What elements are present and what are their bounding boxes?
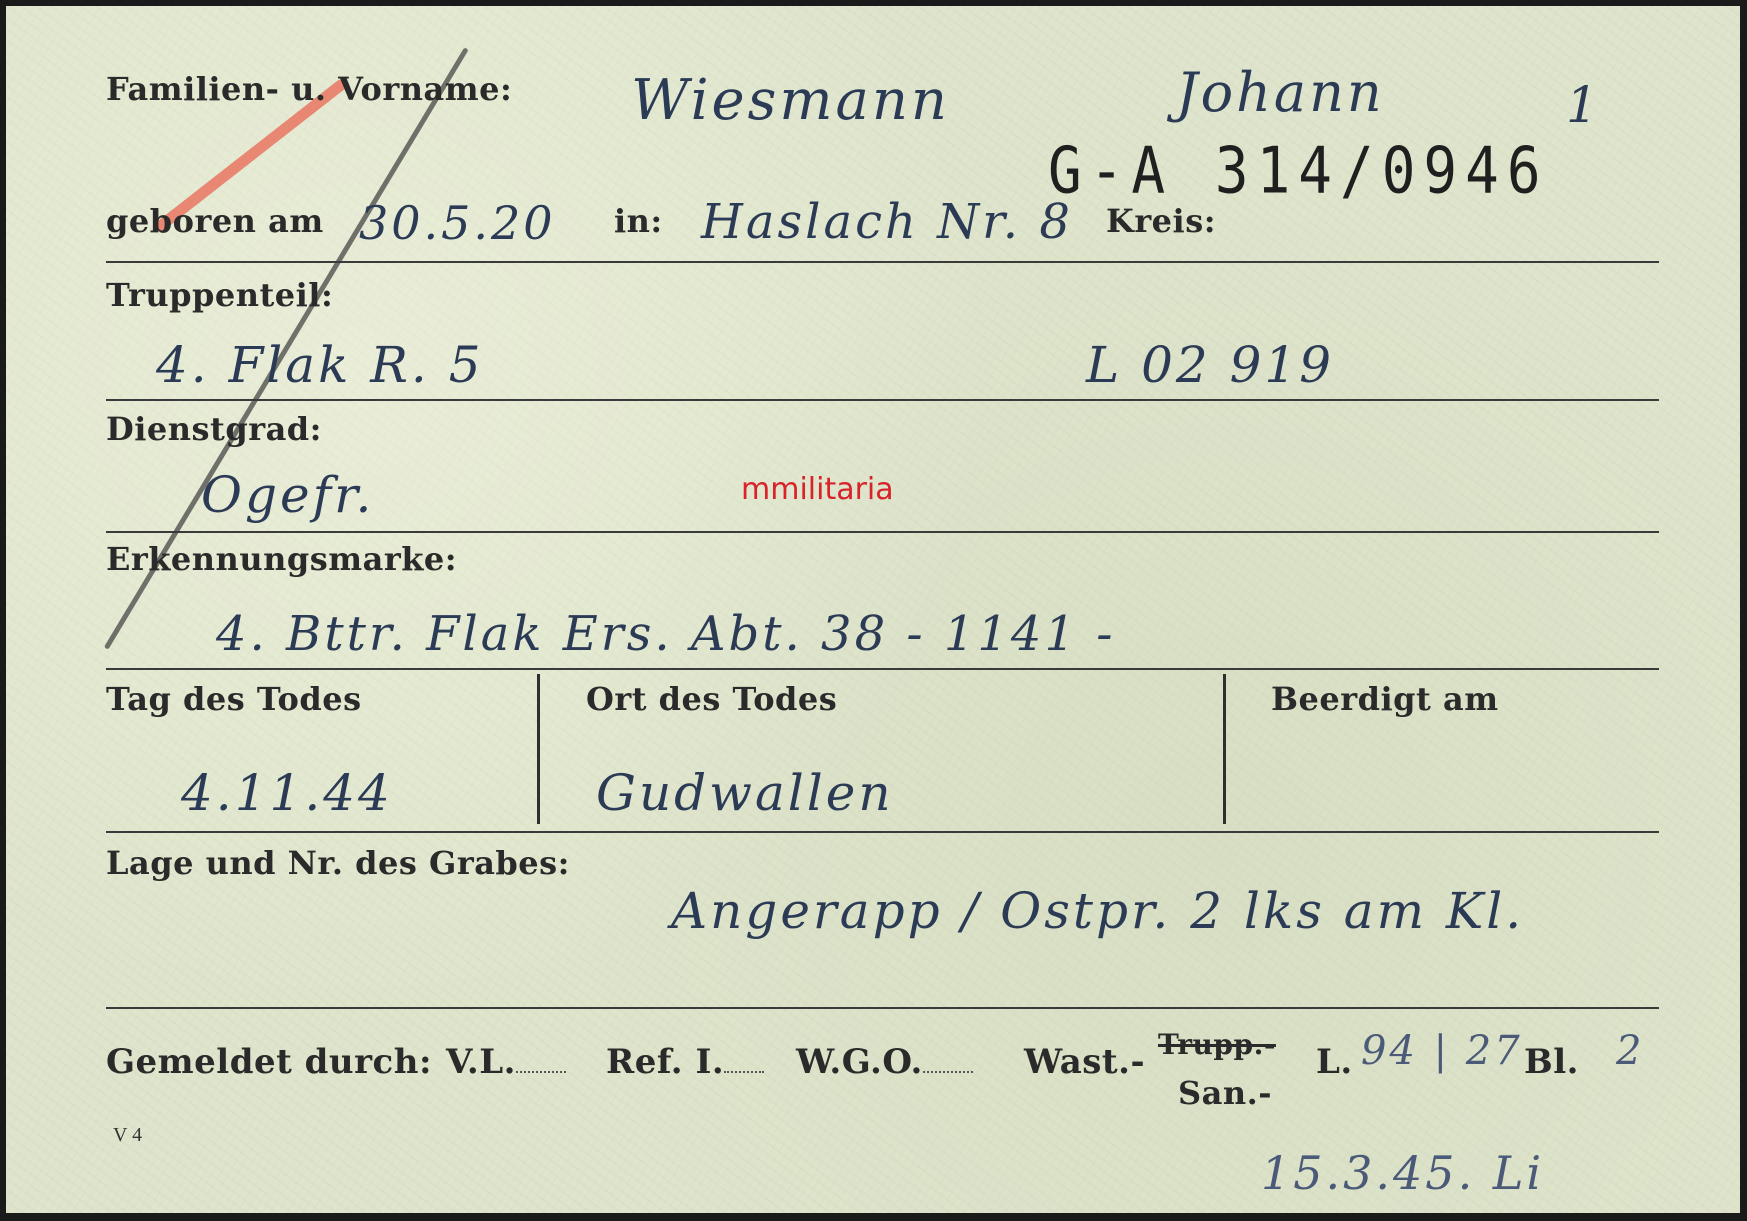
reported-by-ref: Ref. I.	[606, 1042, 764, 1082]
death-place-label: Ort des Todes	[586, 680, 837, 718]
born-label: geboren am	[106, 202, 324, 240]
id-tag-value: 4. Bttr. Flak Ers. Abt. 38 - 1141 -	[216, 606, 1115, 662]
firstname-value: Johann	[1176, 61, 1385, 124]
san-label: San.-	[1178, 1074, 1272, 1112]
name-label: Familien- u. Vorname:	[106, 70, 512, 108]
unit-value: 4. Flak R. 5	[156, 336, 484, 394]
unit-label: Truppenteil:	[106, 276, 333, 314]
unit-fieldpost-value: L 02 919	[1086, 336, 1334, 394]
reported-by-wast: Wast.-	[1024, 1042, 1145, 1082]
rank-value: Ogefr.	[201, 466, 374, 524]
divider-line	[106, 399, 1659, 401]
bl-label: Bl.	[1524, 1042, 1579, 1082]
registration-date-note: 15.3.45. Li	[1261, 1146, 1544, 1200]
l-value: 94 | 27	[1361, 1028, 1523, 1074]
divider-line	[106, 261, 1659, 263]
name-note: 1	[1566, 76, 1601, 134]
buried-label: Beerdigt am	[1271, 680, 1499, 718]
divider-line	[106, 831, 1659, 833]
district-label: Kreis:	[1106, 202, 1216, 240]
reported-by-vl: V.L.	[446, 1042, 566, 1082]
id-tag-label: Erkennungsmarke:	[106, 540, 457, 578]
grave-value: Angerapp / Ostpr. 2 lks am Kl.	[671, 882, 1524, 940]
grave-registration-card: Familien- u. Vorname: Wiesmann Johann 1 …	[6, 6, 1740, 1213]
divider-line	[106, 668, 1659, 670]
column-divider	[1223, 674, 1226, 824]
rank-label: Dienstgrad:	[106, 410, 322, 448]
bl-value: 2	[1616, 1028, 1644, 1074]
death-day-value: 4.11.44	[181, 764, 393, 822]
trupp-label-struck: Trupp.-	[1158, 1028, 1276, 1061]
reported-by-wgo: W.G.O.	[796, 1042, 973, 1082]
l-label: L.	[1316, 1042, 1353, 1082]
reported-by-label: Gemeldet durch:	[106, 1042, 432, 1082]
surname-value: Wiesmann	[631, 68, 950, 133]
born-date-value: 30.5.20	[359, 196, 556, 250]
divider-line	[106, 531, 1659, 533]
grave-label: Lage und Nr. des Grabes:	[106, 844, 570, 882]
column-divider	[537, 674, 540, 824]
born-place-value: Haslach Nr. 8	[701, 194, 1073, 250]
born-place-label: in:	[614, 202, 663, 240]
form-code: V 4	[113, 1124, 142, 1147]
death-day-label: Tag des Todes	[106, 680, 362, 718]
registration-stamp-number: G-A 314/0946	[1048, 134, 1549, 209]
death-place-value: Gudwallen	[596, 764, 894, 822]
divider-line	[106, 1007, 1659, 1009]
watermark: mmilitaria	[741, 472, 894, 507]
